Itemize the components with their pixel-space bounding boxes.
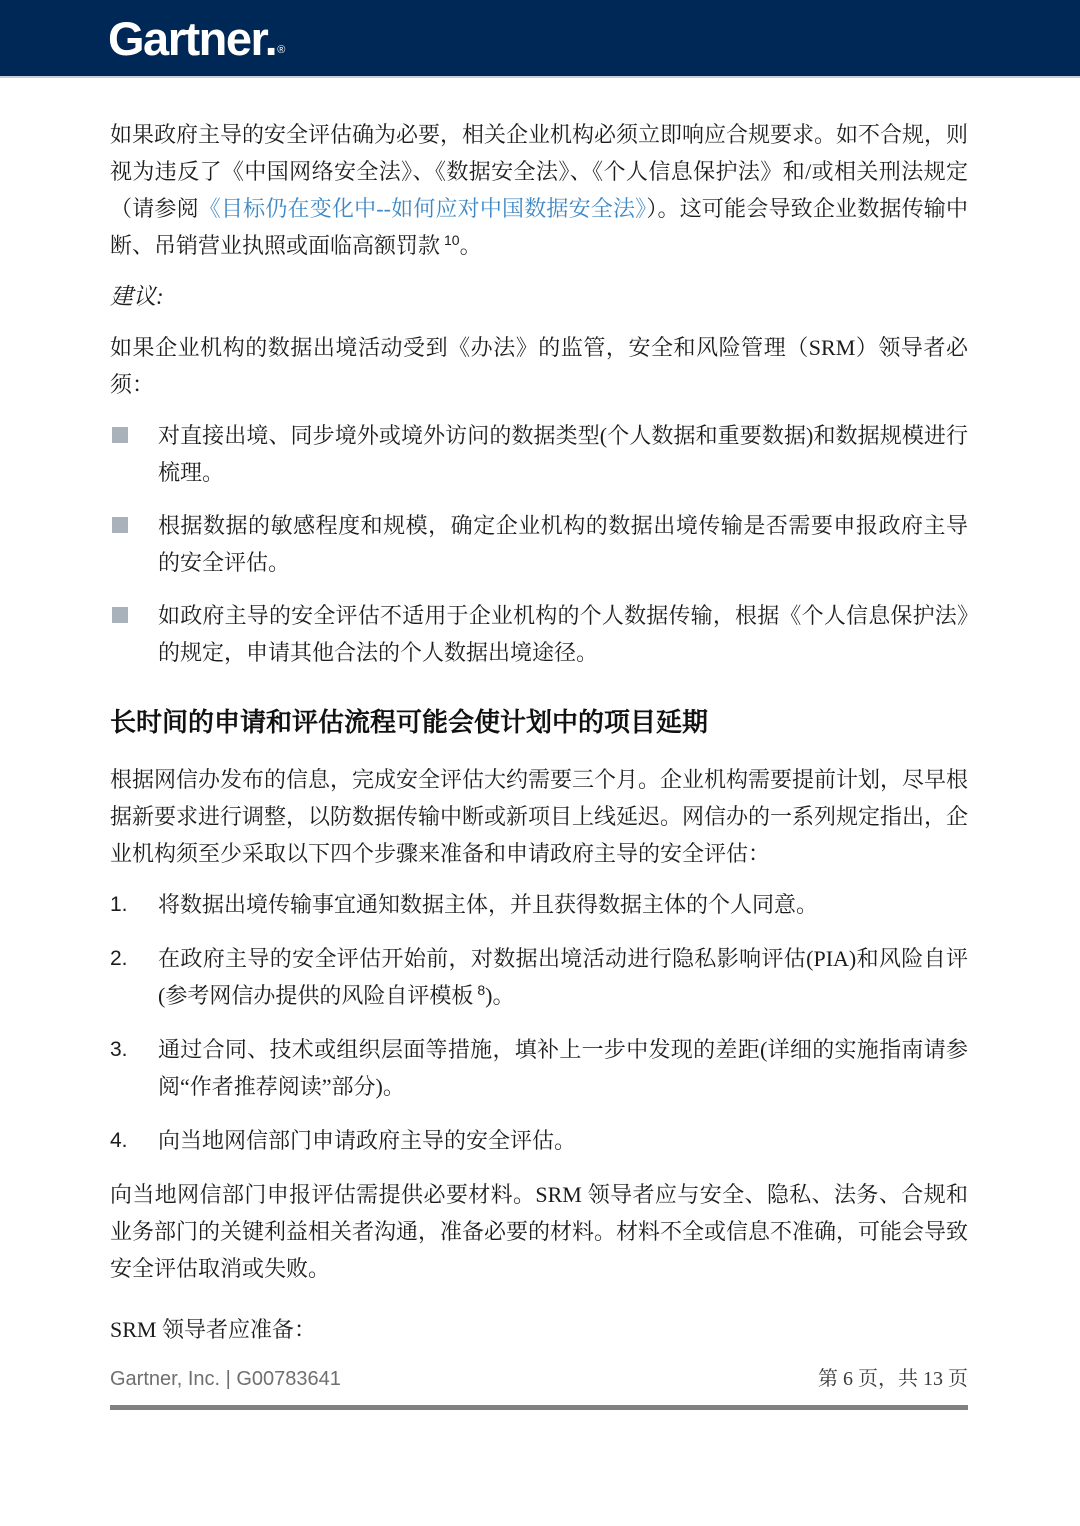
footer-document-id: Gartner, Inc. | G00783641 [110,1368,341,1391]
footer-divider [110,1405,968,1410]
section-heading: 长时间的申请和评估流程可能会使计划中的项目延期 [110,705,968,739]
list-item: 1. 将数据出境传输事宜通知数据主体，并且获得数据主体的个人同意。 [110,886,968,923]
advice-bullet-list: 对直接出境、同步境外或境外访问的数据类型(个人数据和重要数据)和数据规模进行梳理… [110,417,968,671]
bullet-square-icon [112,517,128,533]
step-text: 通过合同、技术或组织层面等措施，填补上一步中发现的差距(详细的实施指南请参阅“作… [158,1031,968,1105]
list-item: 3. 通过合同、技术或组织层面等措施，填补上一步中发现的差距(详细的实施指南请参… [110,1031,968,1105]
step-text: 向当地网信部门申请政府主导的安全评估。 [158,1122,968,1159]
footer-page-number: 第 6 页，共 13 页 [818,1362,968,1391]
bullet-square-icon [112,427,128,443]
advice-label: 建议: [110,278,968,315]
page-footer: Gartner, Inc. | G00783641 第 6 页，共 13 页 [110,1362,968,1410]
document-page: Gartner.® 如果政府主导的安全评估确为必要，相关企业机构必须立即响应合规… [0,0,1080,1526]
assessment-step-list: 1. 将数据出境传输事宜通知数据主体，并且获得数据主体的个人同意。 2. 在政府… [110,886,968,1159]
list-item: 对直接出境、同步境外或境外访问的数据类型(个人数据和重要数据)和数据规模进行梳理… [110,417,968,491]
step-number: 1. [110,886,158,923]
section-intro: 根据网信办发布的信息，完成安全评估大约需要三个月。企业机构需要提前计划，尽早根据… [110,761,968,872]
bullet-text: 根据数据的敏感程度和规模，确定企业机构的数据出境传输是否需要申报政府主导的安全评… [158,507,968,581]
page-header: Gartner.® [0,0,1080,78]
list-item: 如政府主导的安全评估不适用于企业机构的个人数据传输，根据《个人信息保护法》的规定… [110,597,968,671]
step-text: 将数据出境传输事宜通知数据主体，并且获得数据主体的个人同意。 [158,886,968,923]
step-number: 2. [110,940,158,977]
paragraph-srm-prepare: SRM 领导者应准备： [110,1311,968,1348]
bullet-square-icon [112,607,128,623]
footnote-ref-10: 10 [444,232,460,248]
list-item: 根据数据的敏感程度和规模，确定企业机构的数据出境传输是否需要申报政府主导的安全评… [110,507,968,581]
step-number: 3. [110,1031,158,1068]
paragraph-compliance: 如果政府主导的安全评估确为必要，相关企业机构必须立即响应合规要求。如不合规，则视… [110,116,968,264]
step-number: 4. [110,1122,158,1159]
list-item: 2. 在政府主导的安全评估开始前，对数据出境活动进行隐私影响评估(PIA)和风险… [110,940,968,1014]
research-doc-link[interactable]: 《目标仍在变化中--如何应对中国数据安全法》 [199,196,647,221]
registered-trademark-icon: ® [277,44,285,56]
bullet-text: 对直接出境、同步境外或境外访问的数据类型(个人数据和重要数据)和数据规模进行梳理… [158,417,968,491]
gartner-logo-text: Gartner. [108,12,276,65]
step-text: 在政府主导的安全评估开始前，对数据出境活动进行隐私影响评估(PIA)和风险自评(… [158,940,968,1014]
bullet-text: 如政府主导的安全评估不适用于企业机构的个人数据传输，根据《个人信息保护法》的规定… [158,597,968,671]
document-body: 如果政府主导的安全评估确为必要，相关企业机构必须立即响应合规要求。如不合规，则视… [0,78,1080,1348]
footer-row: Gartner, Inc. | G00783641 第 6 页，共 13 页 [110,1362,968,1391]
gartner-logo: Gartner.® [108,15,284,62]
advice-intro: 如果企业机构的数据出境活动受到《办法》的监管，安全和风险管理（SRM）领导者必须… [110,329,968,403]
list-item: 4. 向当地网信部门申请政府主导的安全评估。 [110,1122,968,1159]
footnote-ref-8: 8 [477,982,485,998]
step-text-end: )。 [485,983,514,1008]
step-text-pre: 在政府主导的安全评估开始前，对数据出境活动进行隐私影响评估(PIA)和风险自评(… [158,946,968,1008]
paragraph-materials: 向当地网信部门申报评估需提供必要材料。SRM 领导者应与安全、隐私、法务、合规和… [110,1176,968,1287]
compliance-text-end: 。 [460,233,482,258]
